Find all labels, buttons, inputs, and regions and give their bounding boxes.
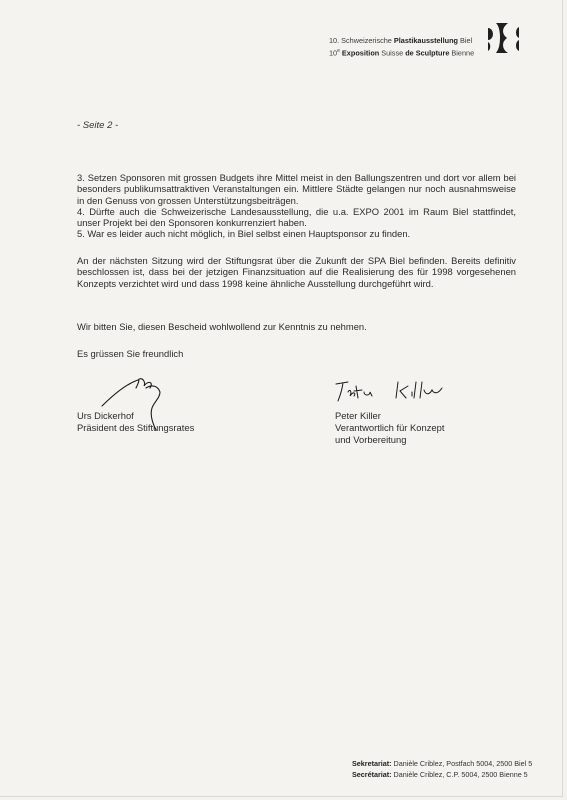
page-number: - Seite 2 -: [77, 120, 118, 131]
reason-5: 5. War es leider auch nicht möglich, in …: [77, 228, 516, 239]
signatory-role: Präsident des Stiftungsrates: [77, 422, 194, 434]
signatory-name: Urs Dickerhof: [77, 410, 194, 422]
request-paragraph: Wir bitten Sie, diesen Bescheid wohlwoll…: [77, 321, 516, 332]
signatory-role: Verantwortlich für Konzept: [335, 422, 444, 434]
reason-3: 3. Setzen Sponsoren mit grossen Budgets …: [77, 172, 516, 206]
signatory-dickerhof: Urs Dickerhof Präsident des Stiftungsrat…: [77, 410, 194, 434]
footer-line-german: Sekretariat: Danièle Criblez, Postfach 5…: [352, 758, 532, 769]
spa-logo-icon: [484, 21, 529, 55]
letterhead-line-french: 10e Exposition Suisse de Sculpture Bienn…: [329, 46, 474, 58]
footer-line-french: Secrétariat: Danièle Criblez, C.P. 5004,…: [352, 769, 532, 780]
reason-4: 4. Dürfte auch die Schweizerische Landes…: [77, 206, 516, 229]
letterhead: 10. Schweizerische Plastikausstellung Bi…: [329, 36, 474, 58]
letter-page: 10. Schweizerische Plastikausstellung Bi…: [0, 0, 563, 797]
footer-secretariat: Sekretariat: Danièle Criblez, Postfach 5…: [352, 758, 532, 780]
decision-paragraph: An der nächsten Sitzung wird der Stiftun…: [77, 255, 516, 289]
signatory-name: Peter Killer: [335, 410, 444, 422]
signature-killer: [334, 378, 454, 404]
signatory-role-continued: und Vorbereitung: [335, 434, 444, 446]
reasons-list: 3. Setzen Sponsoren mit grossen Budgets …: [77, 172, 516, 240]
closing-line: Es grüssen Sie freundlich: [77, 348, 516, 359]
letterhead-line-german: 10. Schweizerische Plastikausstellung Bi…: [329, 36, 474, 46]
signatory-killer: Peter Killer Verantwortlich für Konzept …: [335, 410, 444, 445]
